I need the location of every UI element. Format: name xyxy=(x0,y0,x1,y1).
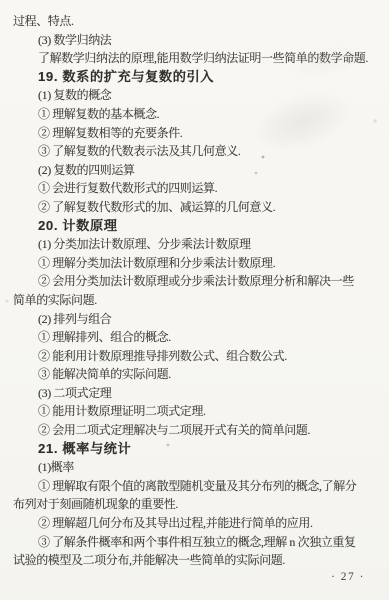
text-line: 了解数学归纳法的原理,能用数学归纳法证明一些简单的数学命题. xyxy=(0,49,389,68)
scanned-page: 过程、特点.(3) 数学归纳法了解数学归纳法的原理,能用数学归纳法证明一些简单的… xyxy=(0,0,389,600)
text-line: (1) 复数的概念 xyxy=(0,86,389,105)
text-line: 简单的实际问题. xyxy=(0,291,389,310)
text-line: 试验的模型及二项分布,并能解决一些简单的实际问题. xyxy=(0,551,389,570)
text-line: (3) 数学归纳法 xyxy=(0,31,389,50)
text-line: ② 理解复数相等的充要条件. xyxy=(0,124,389,143)
text-line: ① 理解排列、组合的概念. xyxy=(0,328,389,347)
text-line: ③ 了解条件概率和两个事件相互独立的概念,理解 n 次独立重复 xyxy=(0,533,389,552)
text-line: ② 能利用计数原理推导排列数公式、组合数公式. xyxy=(0,347,389,366)
text-line: ③ 了解复数的代数表示法及其几何意义. xyxy=(0,142,389,161)
text-line: ② 会用分类加法计数原理或分步乘法计数原理分析和解决一些 xyxy=(0,272,389,291)
text-line: (1)概率 xyxy=(0,458,389,477)
text-line: ① 理解取有限个值的离散型随机变量及其分布列的概念,了解分 xyxy=(0,477,389,496)
text-line: ③ 能解决简单的实际问题. xyxy=(0,365,389,384)
text-line: ① 理解复数的基本概念. xyxy=(0,105,389,124)
text-line: ① 会进行复数代数形式的四则运算. xyxy=(0,179,389,198)
scan-specks xyxy=(0,0,2,2)
text-line: ② 了解复数代数形式的加、减运算的几何意义. xyxy=(0,198,389,217)
section-heading-line: 20. 计数原理 xyxy=(0,217,389,236)
text-line: (3) 二项式定理 xyxy=(0,384,389,403)
text-line: (2) 排列与组合 xyxy=(0,310,389,329)
text-line: 过程、特点. xyxy=(0,12,389,31)
text-line: ② 会用二项式定理解决与二项展开式有关的简单问题. xyxy=(0,421,389,440)
text-line: 布列对于刻画随机现象的重要性. xyxy=(0,495,389,514)
text-line: ① 能用计数原理证明二项式定理. xyxy=(0,402,389,421)
section-heading-line: 19. 数系的扩充与复数的引入 xyxy=(0,68,389,87)
syllabus-text-block: 过程、特点.(3) 数学归纳法了解数学归纳法的原理,能用数学归纳法证明一些简单的… xyxy=(0,12,389,570)
text-line: (2) 复数的四则运算 xyxy=(0,161,389,180)
text-line: ② 理解超几何分布及其导出过程,并能进行简单的应用. xyxy=(0,514,389,533)
text-line: ① 理解分类加法计数原理和分步乘法计数原理. xyxy=(0,254,389,273)
text-line: (1) 分类加法计数原理、分步乘法计数原理 xyxy=(0,235,389,254)
page-number: · 27 · xyxy=(331,571,365,583)
section-heading-line: 21. 概率与统计 xyxy=(0,440,389,459)
